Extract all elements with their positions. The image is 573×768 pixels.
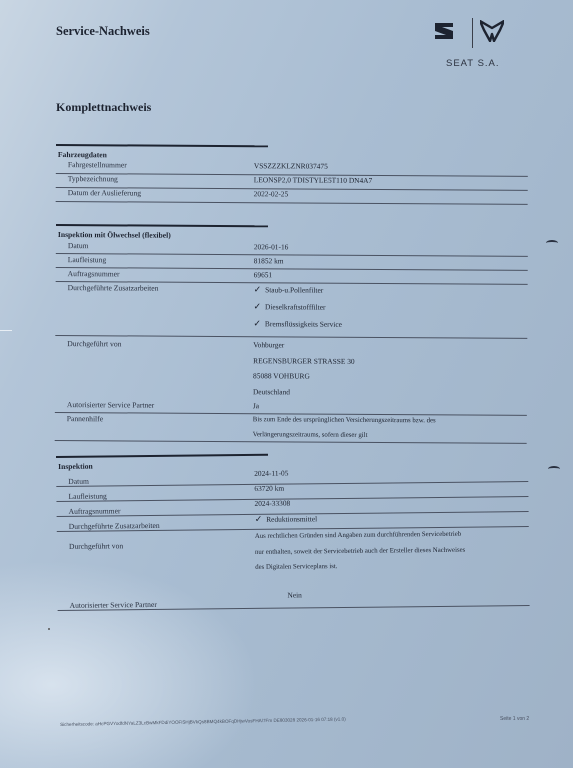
breakdown-text: Bis zum Ende des ursprünglichen Versiche… [253,412,436,443]
logo-divider [472,18,473,48]
table-row: Pannenhilfe Bis zum Ende des ursprünglic… [55,414,527,444]
table-row: Durchgeführte Zusatzarbeiten ✓Staub-u.Po… [55,283,527,339]
row-label: Typbezeichnung [68,174,118,183]
section-heading: Inspektion mit Ölwechsel (flexibel) [58,230,171,240]
checkmark-icon: ✓ [253,318,261,328]
row-label: Autorisierter Service Partner [67,400,154,410]
inspection-oil-section: Inspektion mit Ölwechsel (flexibel) Datu… [56,224,528,227]
performed-by-address: Vohburger REGENSBURGER STRASSE 30 85088 … [253,337,355,400]
brand-logo: SEAT S.A. [434,18,514,74]
row-value: 63720 km [254,484,284,493]
staple-mark [548,466,560,472]
section-heading: Inspektion [58,462,93,471]
section-heading: Fahrzeugdaten [58,150,107,159]
brand-name: SEAT S.A. [446,58,500,69]
staple-mark [546,240,558,246]
checkmark-icon: ✓ [253,301,261,311]
extras-list: ✓Staub-u.Pollenfilter ✓Dieselkraftstofff… [253,281,342,333]
vehicle-data-section: Fahrzeugdaten Fahrgestellnummer VSSZZZKL… [56,144,528,147]
row-label: Fahrgestellnummer [68,160,127,169]
row-value: VSSZZZKLZNR037475 [254,161,328,170]
row-value: 69651 [254,270,273,279]
row-label: Datum [68,477,89,486]
page-number: Seite 1 von 2 [500,716,529,722]
page-subtitle: Komplettnachweis [56,100,151,115]
row-label: Pannenhilfe [67,414,103,423]
row-label: Laufleistung [68,491,106,500]
row-value: 2024-33308 [254,499,290,508]
list-item: ✓Staub-u.Pollenfilter [254,281,343,299]
checkmark-icon: ✓ [255,514,263,524]
row-label: Durchgeführte Zusatzarbeiten [68,283,159,293]
row-label: Durchgeführte Zusatzarbeiten [69,521,160,531]
performed-by-note: Aus rechtlichen Gründen sind Angaben zum… [255,527,466,576]
row-value: Ja [253,401,259,410]
row-label: Datum [68,241,89,250]
table-row: Autorisierter Service Partner Nein [57,591,529,611]
section-rule [56,224,268,227]
row-value: 2026-01-16 [254,242,289,251]
row-label: Autorisierter Service Partner [70,600,157,610]
row-value: 2024-11-05 [254,469,288,478]
row-value: Nein [287,590,301,599]
security-code: Sicherheitscode: aHcPGVYodfdNYaLZ3LcBwMk… [60,717,346,727]
row-value: 2022-02-25 [254,189,289,198]
row-value: ✓Reduktionsmittel [255,513,318,525]
document-title: Service-Nachweis [56,24,150,39]
list-item: ✓Dieselkraftstofffilter [253,298,342,316]
seat-s-icon [434,22,454,40]
table-row: Durchgeführt von Vohburger REGENSBURGER … [55,339,527,404]
row-label: Auftragsnummer [69,506,121,516]
row-value: LEONSP2,0 TDISTYLE5T110 DN4A7 [254,175,373,185]
section-rule [56,454,268,458]
section-rule [56,144,268,147]
row-label: Auftragsnummer [68,269,120,278]
cupra-icon [480,20,504,42]
row-label: Datum der Auslieferung [68,188,141,197]
table-row: Datum der Auslieferung 2022-02-25 [56,188,528,205]
row-label: Laufleistung [68,255,106,264]
row-value: 81852 km [254,256,284,265]
list-item: ✓Bremsflüssigkeits Service [253,315,342,333]
paper-speck [48,628,50,630]
row-label: Durchgeführt von [69,541,123,551]
paper-shadow [0,560,260,768]
table-row: Durchgeführt von Aus rechtlichen Gründen… [57,529,529,584]
checkmark-icon: ✓ [254,284,262,294]
paper-edge [0,330,12,331]
row-label: Durchgeführt von [67,339,121,348]
inspection-section: Inspektion Datum 2024-11-05 Laufleistung… [56,451,528,456]
